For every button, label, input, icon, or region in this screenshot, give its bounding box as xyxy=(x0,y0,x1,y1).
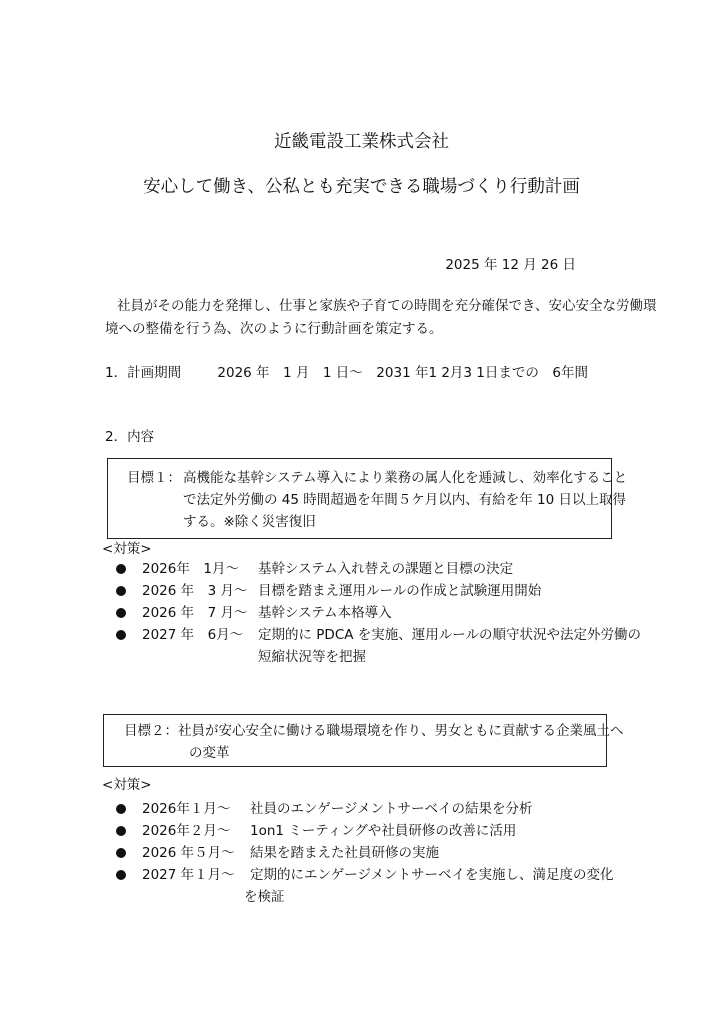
bullet-icon xyxy=(116,630,126,640)
measure-desc-continued: 短縮状況等を把握 xyxy=(258,646,366,668)
bullet-icon xyxy=(116,826,126,836)
measure-desc: 定期的に PDCA を実施、運用ルールの順守状況や法定外労働の xyxy=(258,624,641,646)
bullet-icon xyxy=(116,848,126,858)
goal-1-line: 高機能な基幹システム導入により業務の属人化を逓減し、効率化すること xyxy=(183,467,627,489)
measure-date: 2026 年 7 月～ xyxy=(142,602,248,624)
measure-desc-continued: を検証 xyxy=(244,886,285,908)
document-title: 安心して働き、公私とも充実できる職場づくり行動計画 xyxy=(0,173,723,201)
measure-desc: 結果を踏まえた社員研修の実施 xyxy=(250,842,439,864)
measure-date: 2027 年 6月～ xyxy=(142,624,243,646)
bullet-icon xyxy=(116,586,126,596)
goal-1-measures-label: <対策> xyxy=(102,538,152,560)
intro-line-1: 社員がその能力を発揮し、仕事と家族や子育ての時間を充分確保でき、安心安全な労働環 xyxy=(117,295,656,317)
measure-desc: 社員のエンゲージメントサーベイの結果を分析 xyxy=(250,798,533,820)
measure-date: 2027 年１月～ xyxy=(142,864,235,886)
goal-1-box: 目標１： 高機能な基幹システム導入により業務の属人化を逓減し、効率化すること で… xyxy=(107,458,612,539)
measure-desc: 定期的にエンゲージメントサーベイを実施し、満足度の変化 xyxy=(250,864,614,886)
goal-2-measures-label: <対策> xyxy=(102,774,152,796)
bullet-icon xyxy=(116,870,126,880)
measure-desc: 目標を踏まえ運用ルールの作成と試験運用開始 xyxy=(258,580,541,602)
plan-period: 1．計画期間 2026 年 1 月 1 日～ 2031 年1 2月3 1日までの… xyxy=(105,362,588,384)
goal-2-line: の変革 xyxy=(189,742,230,764)
goal-2-line: 社員が安心安全に働ける職場環境を作り、男女ともに貢献する企業風土へ xyxy=(178,720,624,742)
goal-2-label: 目標２： xyxy=(124,720,178,742)
measure-date: 2026 年 3 月～ xyxy=(142,580,248,602)
measure-date: 2026 年５月～ xyxy=(142,842,235,864)
measure-desc: 基幹システム本格導入 xyxy=(258,602,392,624)
intro-line-2: 境への整備を行う為、次のように行動計画を策定する。 xyxy=(105,318,443,340)
document-date: 2025 年 12 月 26 日 xyxy=(445,254,576,276)
goal-1-line: で法定外労働の 45 時間超過を年間５ケ月以内、有給を年 10 日以上取得 xyxy=(183,489,626,511)
bullet-icon xyxy=(116,564,126,574)
goal-2-box: 目標２： 社員が安心安全に働ける職場環境を作り、男女ともに貢献する企業風土へ の… xyxy=(103,714,607,767)
contents-heading: 2．内容 xyxy=(105,426,154,448)
goal-1-label: 目標１： xyxy=(127,467,181,489)
plan-period-value: 2026 年 1 月 1 日～ 2031 年1 2月3 1日までの 6年間 xyxy=(217,362,588,384)
company-name: 近畿電設工業株式会社 xyxy=(0,128,723,156)
measure-date: 2026年 1月～ xyxy=(142,558,239,580)
measure-desc: 基幹システム入れ替えの課題と目標の決定 xyxy=(258,558,513,580)
bullet-icon xyxy=(116,608,126,618)
measure-date: 2026年１月～ xyxy=(142,798,230,820)
goal-1-line: する。※除く災害復旧 xyxy=(183,511,316,533)
bullet-icon xyxy=(116,804,126,814)
measure-desc: 1on1 ミーティングや社員研修の改善に活用 xyxy=(250,820,516,842)
measure-date: 2026年２月～ xyxy=(142,820,230,842)
plan-period-label: 1．計画期間 xyxy=(105,362,181,384)
